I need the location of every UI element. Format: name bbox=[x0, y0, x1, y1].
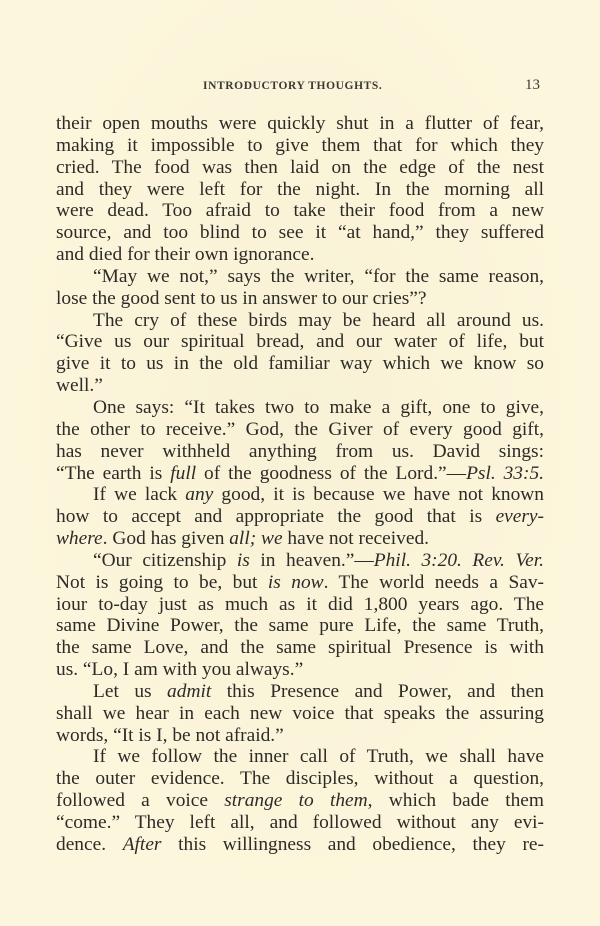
text-segment: well.” bbox=[56, 375, 103, 396]
text-line: Let us admit this Presence and Power, an… bbox=[56, 681, 544, 703]
text-line: were dead. Too afraid to take their food… bbox=[56, 200, 544, 222]
text-line: well.” bbox=[56, 375, 544, 397]
italic-text: Psl. 33:5. bbox=[466, 463, 544, 484]
text-segment: “Give us our spiritual bread, and our wa… bbox=[56, 331, 544, 352]
text-segment: “May we not,” says the writer, “for the … bbox=[93, 266, 544, 287]
text-line: cried. The food was then laid on the edg… bbox=[56, 157, 544, 179]
text-line: If we lack any good, it is because we ha… bbox=[56, 484, 544, 506]
text-segment: “The earth is bbox=[56, 463, 170, 484]
text-line: give it to us in the old familiar way wh… bbox=[56, 353, 544, 375]
text-line: words, “It is I, be not afraid.” bbox=[56, 725, 544, 747]
text-line: lose the good sent to us in answer to ou… bbox=[56, 288, 544, 310]
text-segment: words, “It is I, be not afraid.” bbox=[56, 725, 284, 746]
text-line: If we follow the inner call of Truth, we… bbox=[56, 746, 544, 768]
text-segment: good, it is because we have not known bbox=[213, 484, 544, 505]
text-segment: of the goodness of the Lord.”— bbox=[196, 463, 466, 484]
text-line: the outer evidence. The disciples, witho… bbox=[56, 768, 544, 790]
text-line: how to accept and appropriate the good t… bbox=[56, 506, 544, 528]
running-head-title: INTRODUCTORY THOUGHTS. bbox=[203, 80, 382, 92]
text-segment: If we follow the inner call of Truth, we… bbox=[93, 746, 544, 767]
text-segment: . The world needs a Sav- bbox=[324, 572, 544, 593]
text-line: The cry of these birds may be heard all … bbox=[56, 310, 544, 332]
italic-text: all; we bbox=[229, 528, 282, 549]
italic-text: admit bbox=[167, 681, 211, 702]
text-line: dence. After this willingness and obedie… bbox=[56, 834, 544, 856]
text-line: “The earth is full of the goodness of th… bbox=[56, 463, 544, 485]
text-line: One says: “It takes two to make a gift, … bbox=[56, 397, 544, 419]
italic-text: After bbox=[123, 834, 162, 855]
text-segment: , which bade them bbox=[368, 790, 544, 811]
italic-text: where bbox=[56, 528, 103, 549]
text-segment: their open mouths were quickly shut in a… bbox=[56, 113, 544, 134]
text-segment: lose the good sent to us in answer to ou… bbox=[56, 288, 427, 309]
text-segment: If we lack bbox=[93, 484, 185, 505]
text-segment: how to accept and appropriate the good t… bbox=[56, 506, 496, 527]
text-line: making it impossible to give them that f… bbox=[56, 135, 544, 157]
text-line: the same Love, and the same spiritual Pr… bbox=[56, 637, 544, 659]
text-line: “May we not,” says the writer, “for the … bbox=[56, 266, 544, 288]
text-segment: The cry of these birds may be heard all … bbox=[93, 310, 544, 331]
text-segment: the same Love, and the same spiritual Pr… bbox=[56, 637, 544, 658]
text-segment: this willingness and obedience, they re- bbox=[161, 834, 544, 855]
text-line: source, and too blind to see it “at hand… bbox=[56, 222, 544, 244]
text-line: has never withheld anything from us. Dav… bbox=[56, 441, 544, 463]
text-segment: shall we hear in each new voice that spe… bbox=[56, 703, 544, 724]
text-segment: in heaven.”— bbox=[250, 550, 374, 571]
text-segment: this Presence and Power, and then bbox=[211, 681, 544, 702]
text-segment: One says: “It takes two to make a gift, … bbox=[93, 397, 544, 418]
text-segment: “Our citizenship bbox=[93, 550, 237, 571]
text-line: “Give us our spiritual bread, and our wa… bbox=[56, 331, 544, 353]
text-line: same Divine Power, the same pure Life, t… bbox=[56, 615, 544, 637]
text-segment: cried. The food was then laid on the edg… bbox=[56, 157, 544, 178]
text-line: their open mouths were quickly shut in a… bbox=[56, 113, 544, 135]
text-segment: Not is going to be, but bbox=[56, 572, 268, 593]
text-line: “Our citizenship is in heaven.”—Phil. 3:… bbox=[56, 550, 544, 572]
text-segment: us. “Lo, I am with you always.” bbox=[56, 659, 303, 680]
italic-text: every- bbox=[496, 506, 544, 527]
text-segment: has never withheld anything from us. Dav… bbox=[56, 441, 544, 462]
text-segment: same Divine Power, the same pure Life, t… bbox=[56, 615, 544, 636]
text-line: followed a voice strange to them, which … bbox=[56, 790, 544, 812]
book-page: INTRODUCTORY THOUGHTS. 13 their open mou… bbox=[0, 0, 600, 926]
text-segment: and died for their own ignorance. bbox=[56, 244, 314, 265]
body-text: their open mouths were quickly shut in a… bbox=[56, 113, 544, 856]
italic-text: strange to them bbox=[224, 790, 367, 811]
text-segment: . God has given bbox=[103, 528, 230, 549]
text-line: Not is going to be, but is now. The worl… bbox=[56, 572, 544, 594]
text-segment: “come.” They left all, and followed with… bbox=[56, 812, 544, 833]
italic-text: full bbox=[170, 463, 196, 484]
page-number: 13 bbox=[525, 77, 540, 94]
text-segment: dence. bbox=[56, 834, 123, 855]
text-line: and they were left for the night. In the… bbox=[56, 179, 544, 201]
italic-text: Phil. 3:20. Rev. Ver. bbox=[374, 550, 544, 571]
italic-text: any bbox=[185, 484, 213, 505]
italic-text: is now bbox=[268, 572, 324, 593]
text-segment: were dead. Too afraid to take their food… bbox=[56, 200, 544, 221]
text-segment: the other to receive.” God, the Giver of… bbox=[56, 419, 544, 440]
text-segment: followed a voice bbox=[56, 790, 224, 811]
text-segment: source, and too blind to see it “at hand… bbox=[56, 222, 544, 243]
text-segment: iour to-day just as much as it did 1,800… bbox=[56, 594, 544, 615]
text-line: iour to-day just as much as it did 1,800… bbox=[56, 594, 544, 616]
text-segment: give it to us in the old familiar way wh… bbox=[56, 353, 544, 374]
text-segment: and they were left for the night. In the… bbox=[56, 179, 544, 200]
text-segment: Let us bbox=[93, 681, 167, 702]
text-line: us. “Lo, I am with you always.” bbox=[56, 659, 544, 681]
text-segment: the outer evidence. The disciples, witho… bbox=[56, 768, 544, 789]
text-line: shall we hear in each new voice that spe… bbox=[56, 703, 544, 725]
text-line: where. God has given all; we have not re… bbox=[56, 528, 544, 550]
text-segment: making it impossible to give them that f… bbox=[56, 135, 544, 156]
text-segment: have not received. bbox=[283, 528, 429, 549]
italic-text: is bbox=[237, 550, 250, 571]
text-line: and died for their own ignorance. bbox=[56, 244, 544, 266]
text-line: the other to receive.” God, the Giver of… bbox=[56, 419, 544, 441]
text-line: “come.” They left all, and followed with… bbox=[56, 812, 544, 834]
